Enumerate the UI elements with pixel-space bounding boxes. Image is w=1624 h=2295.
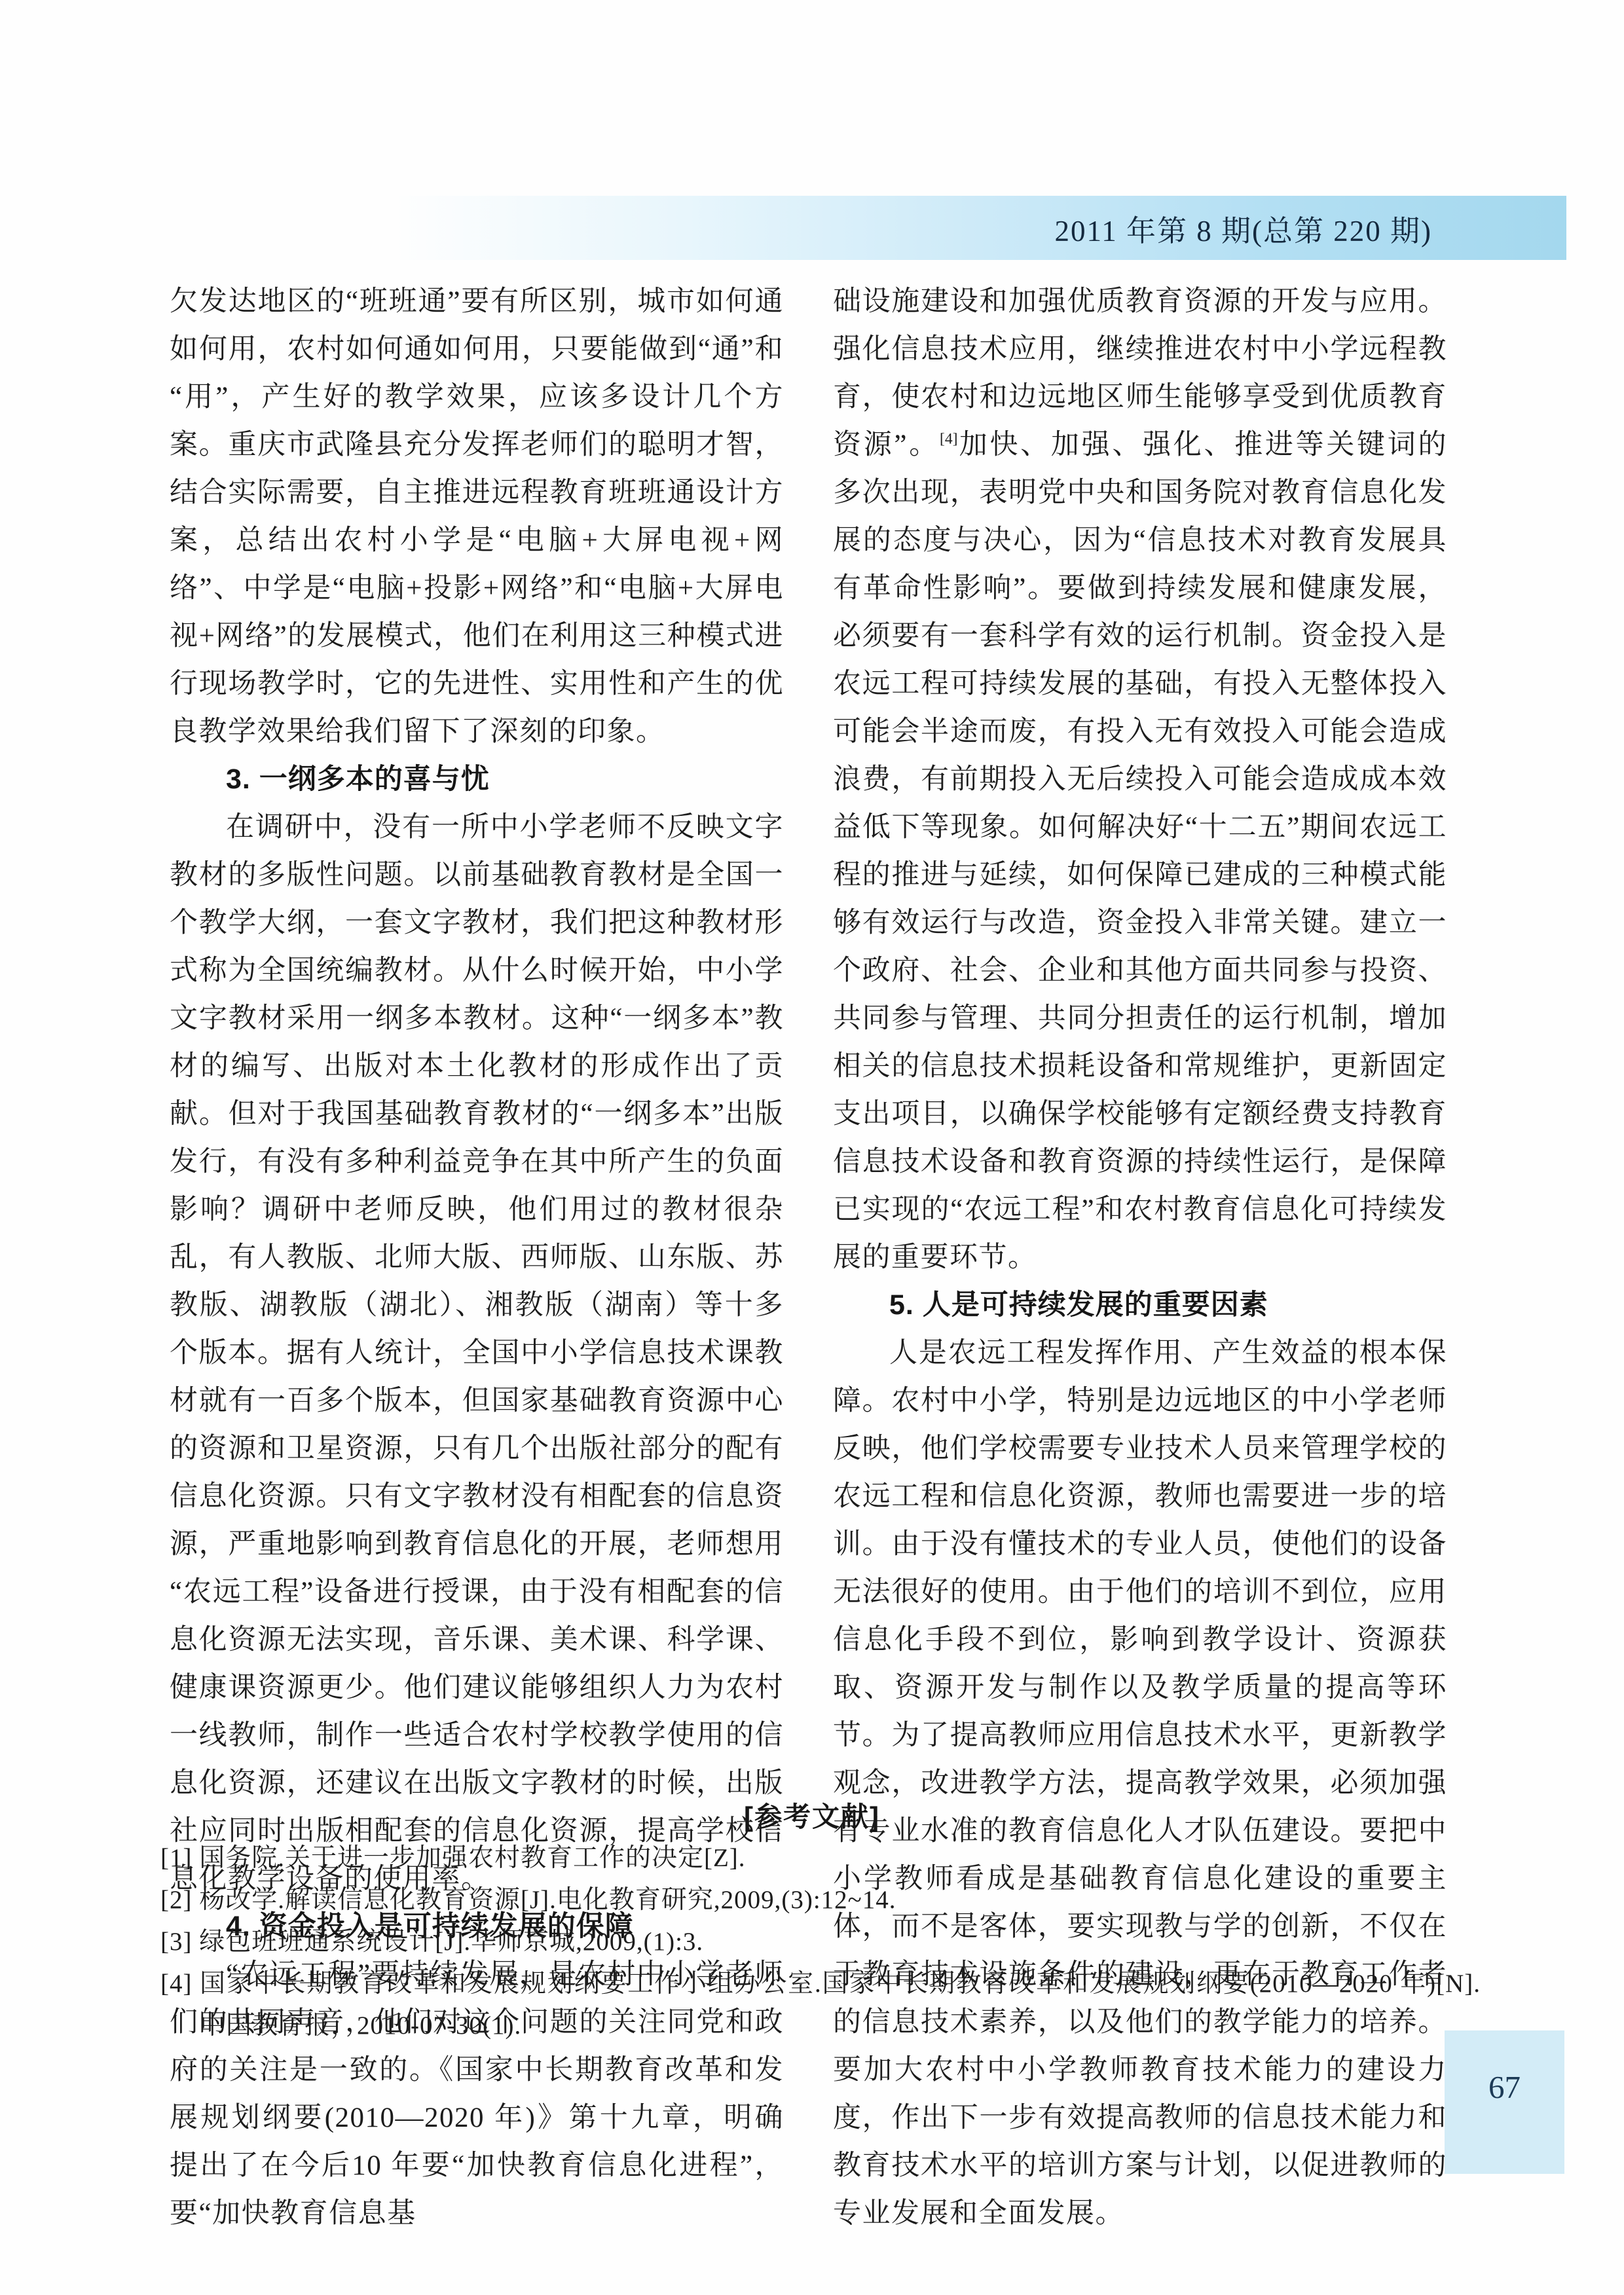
paragraph: 在调研中，没有一所中小学老师不反映文字教材的多版性问题。以前基础教育教材是全国一… <box>170 803 784 1903</box>
paragraph-text: 加快、加强、强化、推进等关键词的多次出现，表明党中央和国务院对教育信息化发展的态… <box>833 430 1447 1273</box>
paragraph: 人是农远工程发挥作用、产生效益的根本保障。农村中小学，特别是边远地区的中小学老师… <box>833 1329 1447 2237</box>
header-issue-bar: 2011 年第 8 期(总第 220 期) <box>392 196 1566 260</box>
section-heading-5: 5. 人是可持续发展的重要因素 <box>833 1281 1447 1329</box>
references-list: [1] 国务院.关于进一步加强农村教育工作的决定[Z]. [2] 杨改学.解读信… <box>160 1837 1481 2047</box>
issue-info: 2011 年第 8 期(总第 220 期) <box>1054 207 1432 249</box>
citation-marker-4: [4] <box>940 431 958 448</box>
reference-item-1: [1] 国务院.关于进一步加强农村教育工作的决定[Z]. <box>160 1837 1481 1879</box>
page-number: 67 <box>1445 2068 1564 2106</box>
page-number-box: 67 <box>1445 2030 1564 2174</box>
journal-page: 2011 年第 8 期(总第 220 期) 欠发达地区的“班班通”要有所区别，城… <box>0 0 1624 2295</box>
paragraph-continuation: 础设施建设和加强优质教育资源的开发与应用。强化信息技术应用，继续推进农村中小学远… <box>833 278 1447 1281</box>
reference-item-3: [3] 绿包班班通系统设计[J].华师京城,2009,(1):3. <box>160 1921 1481 1963</box>
references-title: [参考文献] <box>0 1795 1624 1835</box>
reference-item-2: [2] 杨改学.解读信息化教育资源[J].电化教育研究,2009,(3):12~… <box>160 1879 1481 1921</box>
paragraph-continuation: 欠发达地区的“班班通”要有所区别，城市如何通如何用，农村如何通如何用，只要能做到… <box>170 278 784 756</box>
section-heading-3: 3. 一纲多本的喜与忧 <box>170 756 784 803</box>
reference-item-4: [4] 国家中长期教育改革和发展规划纲要工作小组办公室.国家中长期教育改革和发展… <box>160 1963 1481 2047</box>
